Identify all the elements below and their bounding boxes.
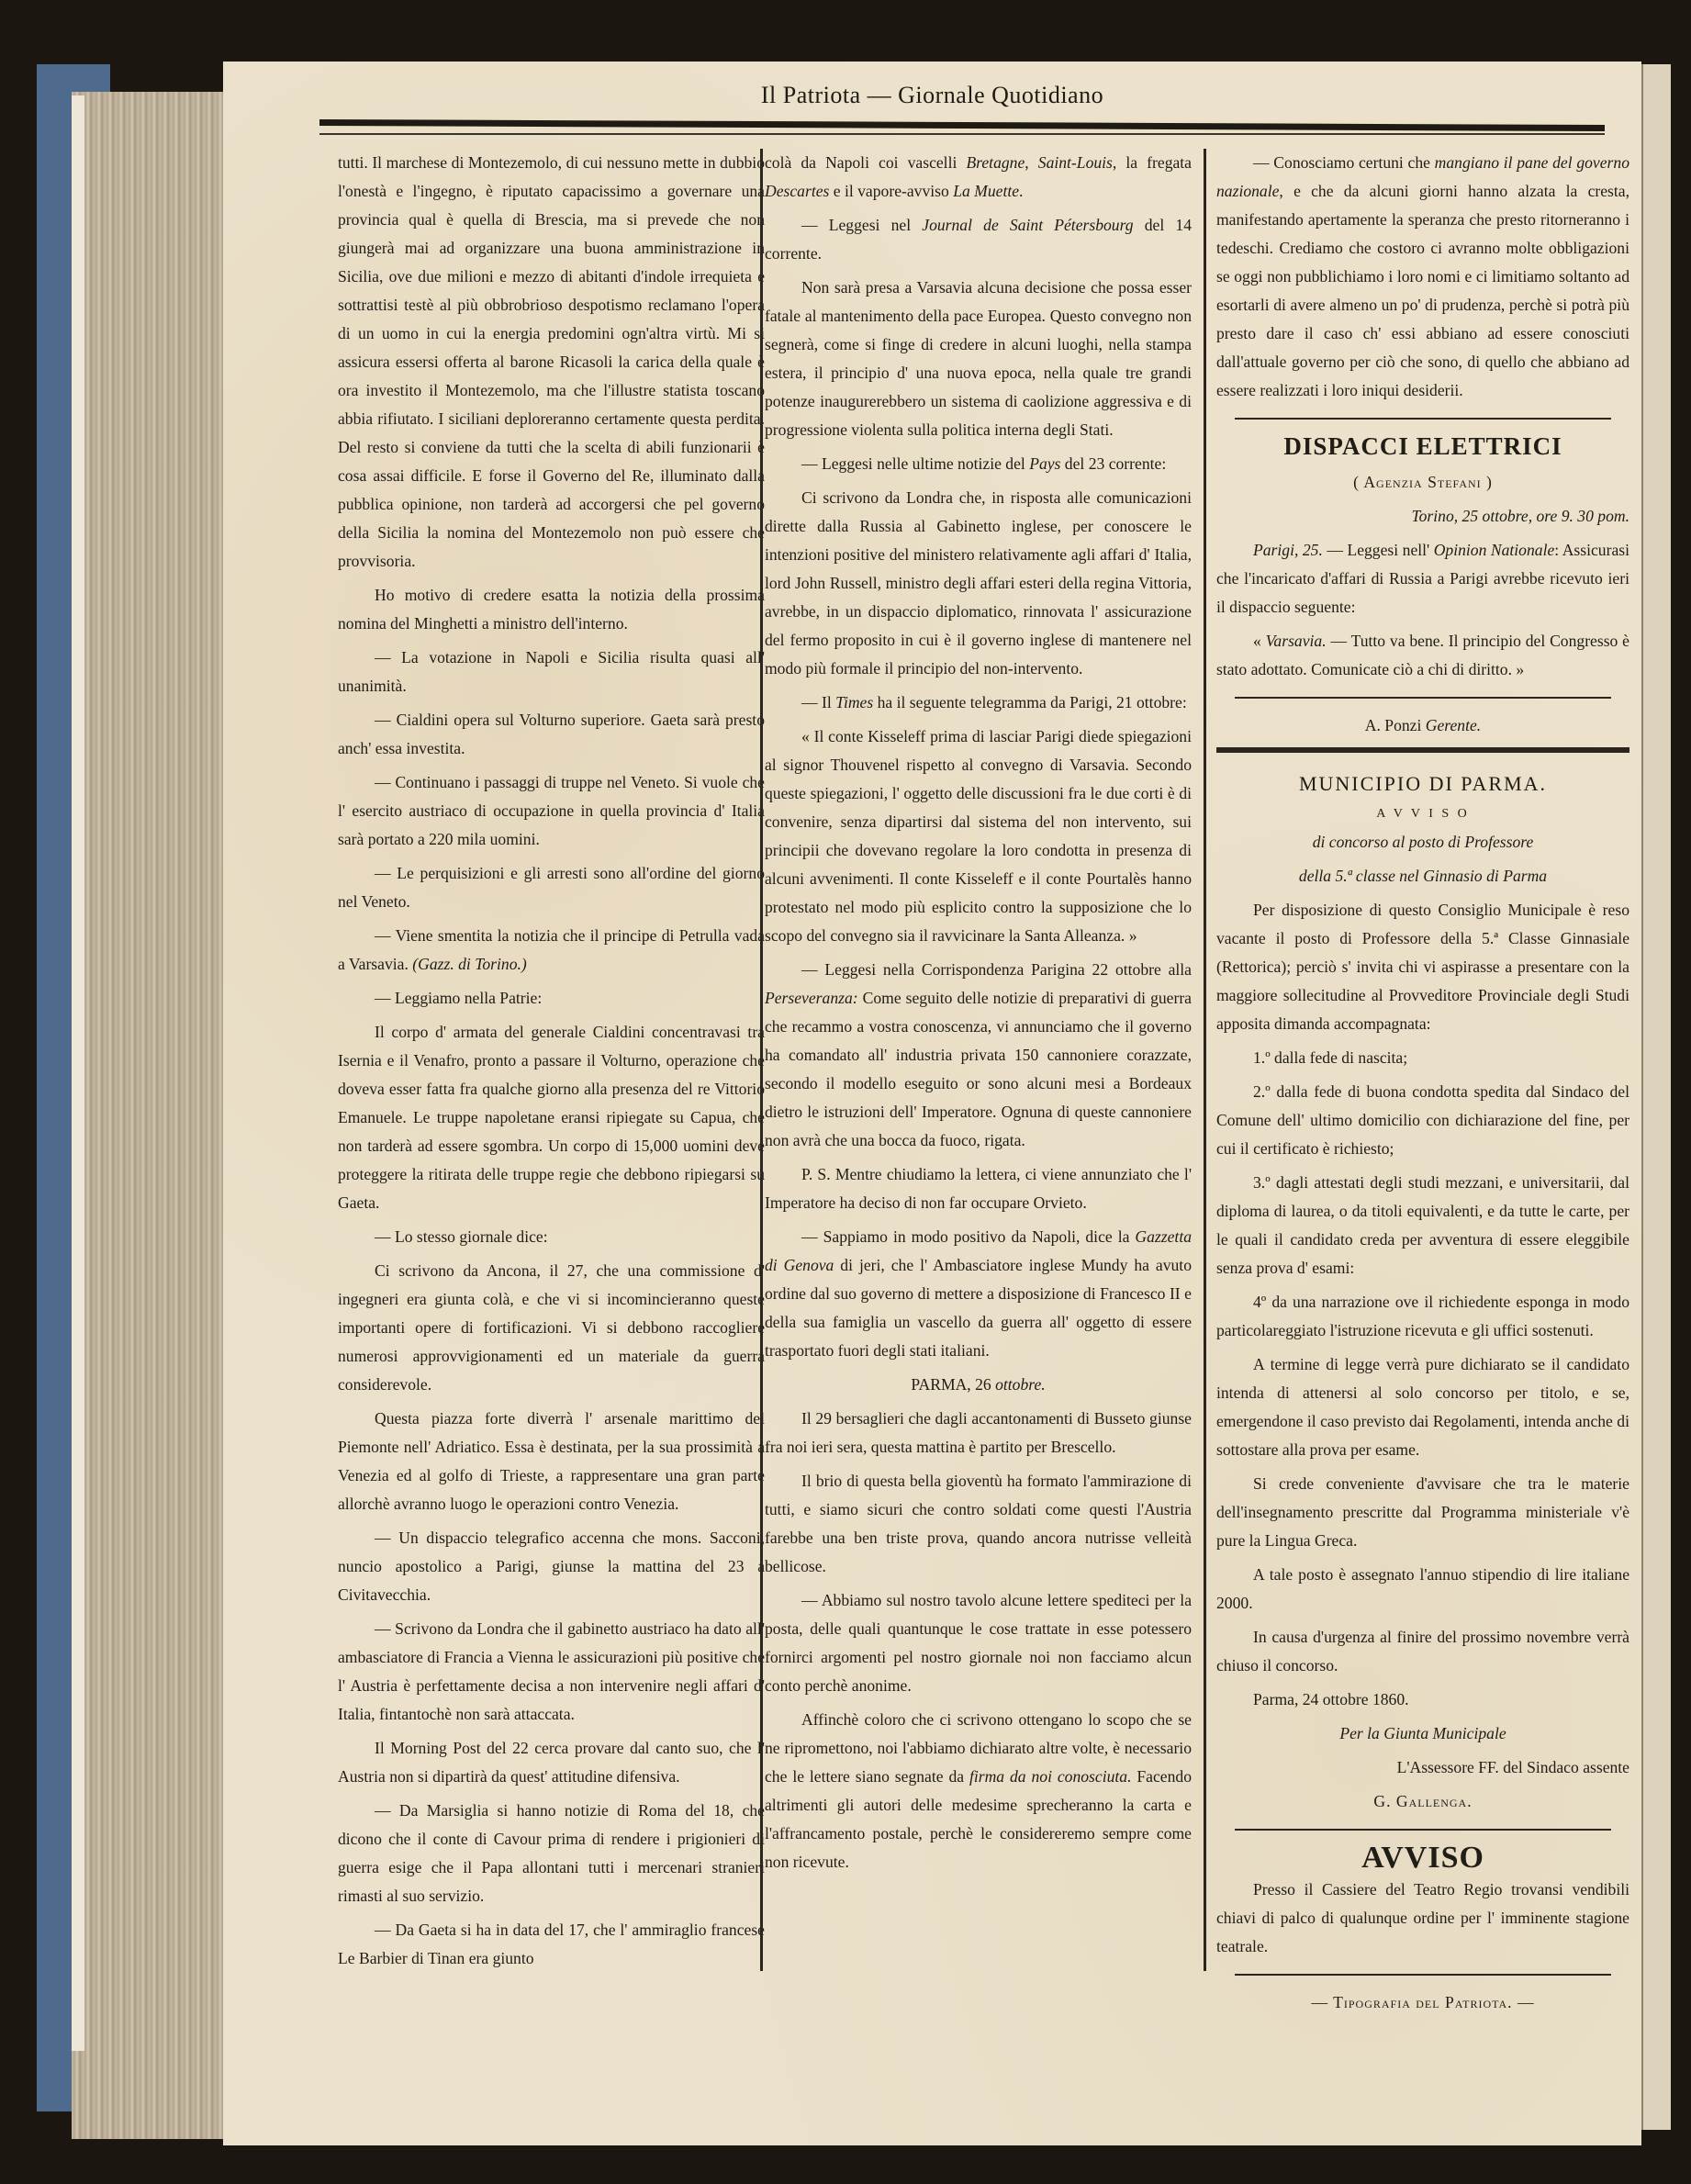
article-paragraph: Il 29 bersaglieri che dagli accantonamen… [765, 1405, 1192, 1462]
article-paragraph: Il Morning Post del 22 cerca provare dal… [338, 1734, 765, 1791]
article-paragraph: Presso il Cassiere del Teatro Regio trov… [1216, 1876, 1629, 1961]
dateline-text: Torino, 25 ottobre, ore 9. 30 pom. [1411, 507, 1629, 525]
article-paragraph: colà da Napoli coi vascelli Bretagne, Sa… [765, 149, 1192, 206]
municipio-date: Parma, 24 ottobre 1860. [1216, 1686, 1629, 1714]
journal-name: Times [835, 693, 873, 711]
dispatch-paragraph: « Varsavia. — Tutto va bene. Il principi… [1216, 627, 1629, 684]
article-paragraph: Si crede conveniente d'avvisare che tra … [1216, 1470, 1629, 1555]
article-paragraph: — Le perquisizioni e gli arresti sono al… [338, 859, 765, 916]
gerente-title: Gerente. [1426, 716, 1481, 734]
dateline-month: ottobre. [995, 1375, 1046, 1394]
list-item: 2.º dalla fede di buona condotta spedita… [1216, 1078, 1629, 1163]
next-page-edge [1641, 64, 1671, 2130]
column-1: tutti. Il marchese di Montezemolo, di cu… [338, 149, 765, 1978]
article-paragraph: « Il conte Kisseleff prima di lasciar Pa… [765, 722, 1192, 950]
column-2: colà da Napoli coi vascelli Bretagne, Sa… [765, 149, 1192, 1882]
ship-name: Bretagne [966, 153, 1025, 172]
article-paragraph: — Leggesi nella Corrispondenza Parigina … [765, 956, 1192, 1155]
article-paragraph: — Da Gaeta si ha in data del 17, che l' … [338, 1916, 765, 1973]
masthead-rule [319, 119, 1605, 131]
text: — Leggesi nel [801, 216, 922, 234]
article-paragraph: — Cialdini opera sul Volturno superiore.… [338, 706, 765, 763]
municipio-subtitle: della 5.ª classe nel Ginnasio di Parma [1216, 862, 1629, 890]
article-paragraph: — Leggiamo nella Patrie: [338, 984, 765, 1013]
list-item: 1.º dalla fede di nascita; [1216, 1044, 1629, 1072]
municipio-signature-name: G. Gallenga. [1216, 1787, 1629, 1816]
news-text: — Viene smentita la notizia che il princ… [338, 926, 765, 973]
text: — Conosciamo certuni che [1253, 153, 1435, 172]
page-stack-white-edge [72, 95, 84, 2051]
article-paragraph: A tale posto è assegnato l'annuo stipend… [1216, 1561, 1629, 1618]
ship-name: La Muette [953, 182, 1019, 200]
signature-text: Per la Giunta Municipale [1339, 1724, 1506, 1742]
article-paragraph: Ci scrivono da Ancona, il 27, che una co… [338, 1257, 765, 1399]
article-paragraph: — La votazione in Napoli e Sicilia risul… [338, 644, 765, 700]
article-paragraph: — Viene smentita la notizia che il princ… [338, 922, 765, 979]
article-paragraph: Ci scrivono da Londra che, in risposta a… [765, 484, 1192, 683]
municipio-heading: MUNICIPIO DI PARMA. [1216, 769, 1629, 798]
journal-name: Opinion Nationale [1434, 541, 1555, 559]
text: . [1019, 182, 1023, 200]
dispatch-city: Varsavia. [1266, 632, 1327, 650]
article-paragraph: — Leggesi nelle ultime notizie del Pays … [765, 450, 1192, 478]
article-paragraph: Questa piazza forte diverrà l' arsenale … [338, 1405, 765, 1518]
page-stack-edge [72, 92, 223, 2139]
journal-name: Perseveranza: [765, 989, 858, 1007]
article-paragraph: Affinchè coloro che ci scrivono ottengan… [765, 1706, 1192, 1876]
column-separator [760, 149, 763, 1971]
text: colà da Napoli coi vascelli [765, 153, 966, 172]
municipio-subtitle: di concorso al posto di Professore [1216, 828, 1629, 857]
section-divider [1235, 418, 1611, 420]
article-paragraph: Il brio di questa bella gioventù ha form… [765, 1467, 1192, 1581]
article-paragraph: Per disposizione di questo Consiglio Mun… [1216, 896, 1629, 1038]
column-separator [1204, 149, 1206, 1971]
article-paragraph: — Leggesi nel Journal de Saint Pétersbou… [765, 211, 1192, 268]
article-paragraph: Non sarà presa a Varsavia alcuna decisio… [765, 274, 1192, 444]
section-divider-thick [1216, 747, 1629, 753]
agency-label: ( Agenzia Stefani ) [1216, 468, 1629, 497]
article-paragraph: Ho motivo di credere esatta la notizia d… [338, 581, 765, 638]
subtitle-line: della 5.ª classe nel Ginnasio di Parma [1299, 867, 1547, 885]
article-paragraph: — Abbiamo sul nostro tavolo alcune lette… [765, 1586, 1192, 1700]
newspaper-page: Il Patriota — Giornale Quotidiano tutti.… [223, 62, 1641, 2145]
article-paragraph: A termine di legge verrà pure dichiarato… [1216, 1350, 1629, 1464]
list-item: 4º da una narrazione ove il richiedente … [1216, 1288, 1629, 1345]
avviso-heading: AVVISO [1216, 1843, 1629, 1872]
text: — Leggesi nelle ultime notizie del [801, 454, 1029, 473]
section-divider [1235, 1974, 1611, 1976]
article-paragraph: — Scrivono da Londra che il gabinetto au… [338, 1615, 765, 1729]
text: e il vapore-avviso [829, 182, 953, 200]
article-paragraph: — Un dispaccio telegrafico accenna che m… [338, 1524, 765, 1609]
article-paragraph: — Continuano i passaggi di truppe nel Ve… [338, 768, 765, 854]
text: Come seguito delle notizie di preparativ… [765, 989, 1192, 1149]
article-paragraph: — Sappiamo in modo positivo da Napoli, d… [765, 1223, 1192, 1365]
dateline-city: PARMA, 26 [911, 1375, 995, 1394]
text: — Sappiamo in modo positivo da Napoli, d… [801, 1227, 1135, 1246]
dispatch-paragraph: Parigi, 25. — Leggesi nell' Opinion Nati… [1216, 536, 1629, 622]
text: , e che da alcuni giorni hanno alzata la… [1216, 182, 1629, 399]
text: — Il [801, 693, 835, 711]
dispatch-city: Parigi, 25. [1253, 541, 1323, 559]
masthead-title: Il Patriota — Giornale Quotidiano [223, 82, 1641, 109]
article-paragraph: — Da Marsiglia si hanno notizie di Roma … [338, 1797, 765, 1910]
text: del 23 corrente: [1060, 454, 1166, 473]
text: ha il seguente telegramma da Parigi, 21 … [873, 693, 1187, 711]
article-paragraph: P. S. Mentre chiudiamo la lettera, ci vi… [765, 1160, 1192, 1217]
gerente-name: A. Ponzi [1365, 716, 1426, 734]
list-item: 3.º dagli attestati degli studi mezzani,… [1216, 1169, 1629, 1282]
municipio-avviso-label: A V V I S O [1216, 800, 1629, 828]
column-3: — Conosciamo certuni che mangiano il pan… [1216, 149, 1629, 2022]
dispatch-dateline: Torino, 25 ottobre, ore 9. 30 pom. [1216, 502, 1629, 531]
text: , [1025, 153, 1037, 172]
dispatches-heading: DISPACCI ELETTRICI [1216, 432, 1629, 461]
article-paragraph: tutti. Il marchese di Montezemolo, di cu… [338, 149, 765, 576]
source-citation: (Gazz. di Torino.) [412, 955, 527, 973]
article-paragraph: — Lo stesso giornale dice: [338, 1223, 765, 1251]
gerente-signature: A. Ponzi Gerente. [1216, 711, 1629, 740]
text: — Leggesi nell' [1323, 541, 1434, 559]
text: , la fregata [1113, 153, 1192, 172]
article-paragraph: — Il Times ha il seguente telegramma da … [765, 689, 1192, 717]
journal-name: Journal de Saint Pétersbourg [922, 216, 1133, 234]
municipio-signature-line: Per la Giunta Municipale [1216, 1719, 1629, 1748]
ship-name: Descartes [765, 182, 829, 200]
text: « [1253, 632, 1266, 650]
journal-name: Pays [1029, 454, 1060, 473]
emphasis: firma da noi conosciuta. [969, 1767, 1132, 1786]
article-paragraph: — Conosciamo certuni che mangiano il pan… [1216, 149, 1629, 405]
dateline: PARMA, 26 ottobre. [765, 1371, 1192, 1399]
subtitle-line: di concorso al posto di Professore [1313, 833, 1534, 851]
section-divider [1235, 697, 1611, 699]
masthead-rule-thin [319, 133, 1605, 135]
section-divider [1235, 1829, 1611, 1831]
article-paragraph: Il corpo d' armata del generale Cialdini… [338, 1018, 765, 1217]
article-paragraph: In causa d'urgenza al finire del prossim… [1216, 1623, 1629, 1680]
text: — Leggesi nella Corrispondenza Parigina … [801, 960, 1192, 979]
ship-name: Saint-Louis [1038, 153, 1113, 172]
printer-credit: — Tipografia del Patriota. — [1216, 1988, 1629, 2017]
municipio-signature-line: L'Assessore FF. del Sindaco assente [1216, 1753, 1629, 1782]
